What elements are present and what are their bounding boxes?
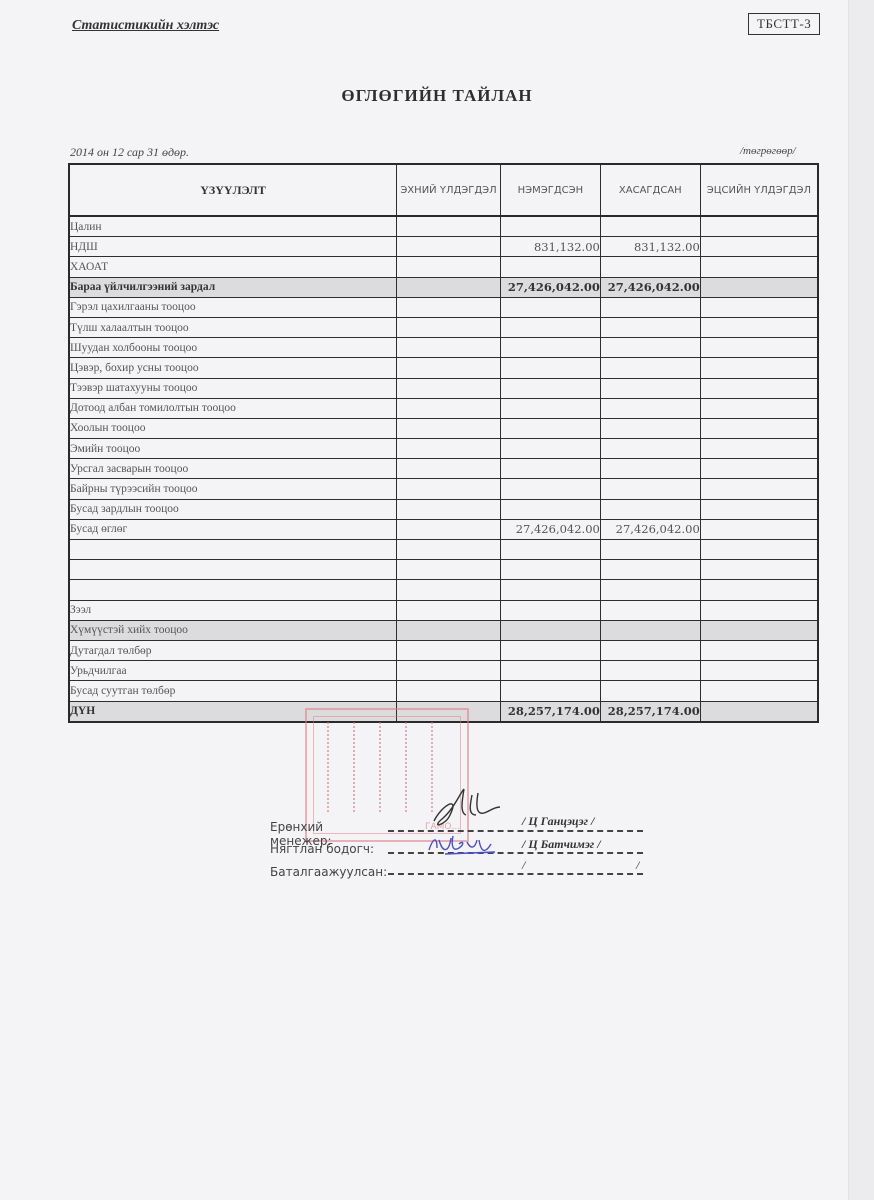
cell-decrease: [600, 479, 700, 499]
cell-increase: [500, 540, 600, 560]
cell-closing-balance: [700, 257, 818, 277]
cell-increase: [500, 439, 600, 459]
cell-decrease: 831,132.00: [600, 237, 700, 257]
table-row: Эмийн тооцоо: [69, 439, 818, 459]
cell-opening-balance: [397, 661, 501, 681]
table-row: Тээвэр шатахууны тооцоо: [69, 378, 818, 398]
row-label: Урсгал засварын тооцоо: [69, 459, 397, 479]
cell-closing-balance: [700, 297, 818, 317]
table-row: Бусад суутган төлбөр: [69, 681, 818, 701]
table-row: Шуудан холбооны тооцоо: [69, 338, 818, 358]
cell-opening-balance: [397, 378, 501, 398]
cell-increase: [500, 580, 600, 600]
cell-opening-balance: [397, 439, 501, 459]
organization-label: Статистикийн хэлтэс: [72, 18, 219, 34]
stamp-script-line: [405, 722, 417, 812]
table-row: Зээл: [69, 600, 818, 620]
table-row: НДШ831,132.00831,132.00: [69, 237, 818, 257]
cell-closing-balance: [700, 358, 818, 378]
cell-closing-balance: [700, 439, 818, 459]
cell-increase: [500, 600, 600, 620]
table-row: Гэрэл цахилгааны тооцоо: [69, 297, 818, 317]
cell-opening-balance: [397, 418, 501, 438]
row-label: ХАОАТ: [69, 257, 397, 277]
table-row: Цэвэр, бохир усны тооцоо: [69, 358, 818, 378]
currency-unit: /төгрөгөөр/: [740, 145, 796, 157]
cell-decrease: [600, 681, 700, 701]
cell-opening-balance: [397, 681, 501, 701]
cell-closing-balance: [700, 620, 818, 640]
row-label: Бусад зардлын тооцоо: [69, 499, 397, 519]
cell-closing-balance: [700, 418, 818, 438]
cell-opening-balance: [397, 560, 501, 580]
table-row: Бусад зардлын тооцоо: [69, 499, 818, 519]
cell-closing-balance: [700, 338, 818, 358]
cell-increase: [500, 358, 600, 378]
stamp-script-line: [353, 722, 365, 812]
cell-opening-balance: [397, 358, 501, 378]
cell-decrease: [600, 297, 700, 317]
table-row: [69, 560, 818, 580]
table-row: Дотоод албан томилолтын тооцоо: [69, 398, 818, 418]
table-row: Бараа үйлчилгээний зардал27,426,042.0027…: [69, 277, 818, 297]
column-header-closing-balance: ЭЦСИЙН ҮЛДЭГДЭЛ: [700, 164, 818, 216]
table-row: Хүмүүстэй хийх тооцоо: [69, 620, 818, 640]
cell-increase: 28,257,174.00: [500, 701, 600, 722]
row-label: Бусад суутган төлбөр: [69, 681, 397, 701]
cell-decrease: [600, 580, 700, 600]
cell-decrease: [600, 620, 700, 640]
cell-decrease: [600, 661, 700, 681]
cell-closing-balance: [700, 661, 818, 681]
cell-increase: [500, 398, 600, 418]
cell-closing-balance: [700, 398, 818, 418]
cell-increase: [500, 560, 600, 580]
cell-closing-balance: [700, 378, 818, 398]
cell-opening-balance: [397, 398, 501, 418]
row-label: Урьдчилгаа: [69, 661, 397, 681]
cell-decrease: [600, 418, 700, 438]
row-label: Бусад өглөг: [69, 519, 397, 539]
cell-decrease: [600, 560, 700, 580]
cell-opening-balance: [397, 216, 501, 237]
row-label: Дотоод албан томилолтын тооцоо: [69, 398, 397, 418]
row-label: Дутагдал төлбөр: [69, 640, 397, 660]
table-row: Байрны түрээсийн тооцоо: [69, 479, 818, 499]
column-header-indicator: ҮЗҮҮЛЭЛТ: [69, 164, 397, 216]
cell-increase: 27,426,042.00: [500, 519, 600, 539]
cell-opening-balance: [397, 620, 501, 640]
cell-opening-balance: [397, 317, 501, 337]
row-label: Хүмүүстэй хийх тооцоо: [69, 620, 397, 640]
cell-increase: [500, 297, 600, 317]
table-row: ХАОАТ: [69, 257, 818, 277]
table-row: [69, 540, 818, 560]
cell-decrease: [600, 358, 700, 378]
cell-closing-balance: [700, 640, 818, 660]
cell-increase: [500, 338, 600, 358]
cell-decrease: 27,426,042.00: [600, 519, 700, 539]
page-edge: [848, 0, 874, 1200]
cell-closing-balance: [700, 580, 818, 600]
cell-opening-balance: [397, 297, 501, 317]
cell-closing-balance: [700, 701, 818, 722]
verified-name-close: /: [636, 858, 639, 873]
manager-handwritten-signature: [420, 785, 520, 835]
cell-increase: [500, 640, 600, 660]
cell-decrease: [600, 338, 700, 358]
cell-opening-balance: [397, 540, 501, 560]
cell-increase: [500, 479, 600, 499]
cell-closing-balance: [700, 681, 818, 701]
cell-opening-balance: [397, 479, 501, 499]
cell-closing-balance: [700, 277, 818, 297]
cell-opening-balance: [397, 237, 501, 257]
cell-closing-balance: [700, 560, 818, 580]
column-header-increase: НЭМЭГДСЭН: [500, 164, 600, 216]
row-label: Цэвэр, бохир усны тооцоо: [69, 358, 397, 378]
report-date: 2014 он 12 сар 31 өдөр.: [70, 145, 189, 160]
verified-name-open: /: [522, 858, 525, 873]
table-body: ЦалинНДШ831,132.00831,132.00ХАОАТБараа ү…: [69, 216, 818, 722]
cell-opening-balance: [397, 499, 501, 519]
stamp-script-line: [379, 722, 391, 812]
table-row: [69, 580, 818, 600]
table-row: Дутагдал төлбөр: [69, 640, 818, 660]
cell-increase: [500, 216, 600, 237]
row-label: Түлш халаалтын тооцоо: [69, 317, 397, 337]
stamp-script-line: [327, 722, 339, 812]
row-label: Зээл: [69, 600, 397, 620]
cell-decrease: [600, 257, 700, 277]
table-header-row: ҮЗҮҮЛЭЛТ ЭХНИЙ ҮЛДЭГДЭЛ НЭМЭГДСЭН ХАСАГД…: [69, 164, 818, 216]
accountant-label: Нягтлан бодогч:: [270, 842, 388, 856]
cell-opening-balance: [397, 338, 501, 358]
cell-increase: [500, 317, 600, 337]
verified-signature-line: [388, 873, 643, 875]
form-code-badge: ТБСТТ-3: [748, 13, 820, 35]
cell-opening-balance: [397, 640, 501, 660]
cell-closing-balance: [700, 479, 818, 499]
cell-decrease: [600, 499, 700, 519]
column-header-opening-balance: ЭХНИЙ ҮЛДЭГДЭЛ: [397, 164, 501, 216]
table-row: Цалин: [69, 216, 818, 237]
table-row: Урьдчилгаа: [69, 661, 818, 681]
cell-increase: [500, 378, 600, 398]
row-label: Тээвэр шатахууны тооцоо: [69, 378, 397, 398]
cell-closing-balance: [700, 499, 818, 519]
cell-increase: 27,426,042.00: [500, 277, 600, 297]
column-header-decrease: ХАСАГДСАН: [600, 164, 700, 216]
row-label: [69, 540, 397, 560]
cell-opening-balance: [397, 277, 501, 297]
table-row: Урсгал засварын тооцоо: [69, 459, 818, 479]
manager-name: / Ц Ганцэцэг /: [522, 814, 594, 829]
cell-increase: [500, 681, 600, 701]
cell-decrease: [600, 398, 700, 418]
cell-increase: [500, 499, 600, 519]
row-label: Шуудан холбооны тооцоо: [69, 338, 397, 358]
document-title: ӨГЛӨГИЙН ТАЙЛАН: [0, 86, 874, 106]
row-label: Байрны түрээсийн тооцоо: [69, 479, 397, 499]
cell-increase: [500, 620, 600, 640]
cell-opening-balance: [397, 580, 501, 600]
cell-decrease: [600, 540, 700, 560]
cell-decrease: [600, 378, 700, 398]
cell-increase: 831,132.00: [500, 237, 600, 257]
accountant-handwritten-signature: [425, 830, 505, 860]
row-label: НДШ: [69, 237, 397, 257]
cell-closing-balance: [700, 540, 818, 560]
verified-label: Баталгаажуулсан:: [270, 865, 388, 879]
row-label: Бараа үйлчилгээний зардал: [69, 277, 397, 297]
cell-closing-balance: [700, 600, 818, 620]
cell-closing-balance: [700, 317, 818, 337]
cell-decrease: 28,257,174.00: [600, 701, 700, 722]
row-label: Гэрэл цахилгааны тооцоо: [69, 297, 397, 317]
accountant-name: / Ц Батчимэг /: [522, 837, 601, 852]
cell-opening-balance: [397, 257, 501, 277]
payables-report-table: ҮЗҮҮЛЭЛТ ЭХНИЙ ҮЛДЭГДЭЛ НЭМЭГДСЭН ХАСАГД…: [68, 163, 819, 723]
cell-opening-balance: [397, 600, 501, 620]
cell-closing-balance: [700, 216, 818, 237]
cell-decrease: [600, 600, 700, 620]
cell-closing-balance: [700, 519, 818, 539]
cell-decrease: [600, 439, 700, 459]
row-label: [69, 560, 397, 580]
cell-decrease: [600, 216, 700, 237]
table-row: Түлш халаалтын тооцоо: [69, 317, 818, 337]
cell-decrease: [600, 640, 700, 660]
row-label: [69, 580, 397, 600]
cell-increase: [500, 257, 600, 277]
row-label: Эмийн тооцоо: [69, 439, 397, 459]
cell-increase: [500, 459, 600, 479]
verified-signature-row: Баталгаажуулсан:: [270, 865, 388, 879]
cell-increase: [500, 661, 600, 681]
row-label: Цалин: [69, 216, 397, 237]
cell-increase: [500, 418, 600, 438]
cell-closing-balance: [700, 237, 818, 257]
accountant-signature-row: Нягтлан бодогч:: [270, 842, 388, 856]
cell-closing-balance: [700, 459, 818, 479]
cell-decrease: 27,426,042.00: [600, 277, 700, 297]
row-label: Хоолын тооцоо: [69, 418, 397, 438]
cell-opening-balance: [397, 519, 501, 539]
cell-opening-balance: [397, 459, 501, 479]
cell-decrease: [600, 459, 700, 479]
table-row: Хоолын тооцоо: [69, 418, 818, 438]
table-row: Бусад өглөг27,426,042.0027,426,042.00: [69, 519, 818, 539]
cell-decrease: [600, 317, 700, 337]
